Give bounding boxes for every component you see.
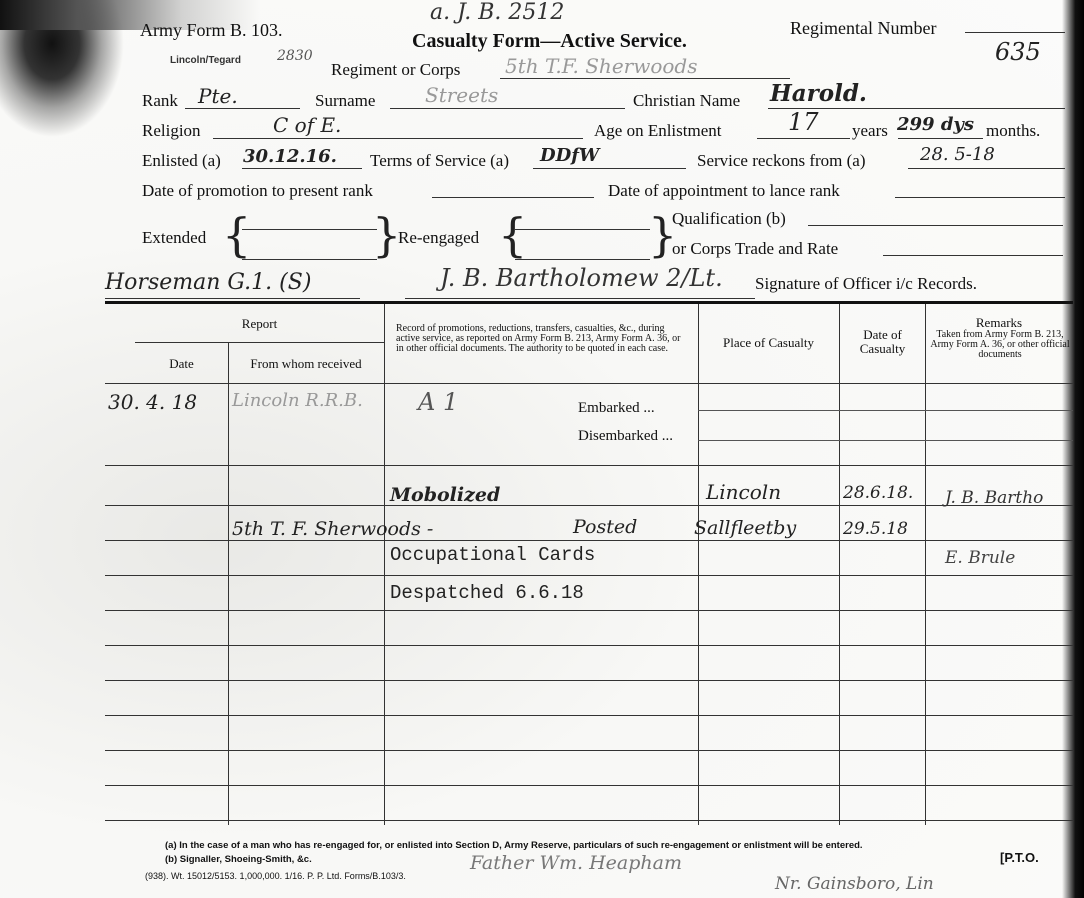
officer-signature: J. B. Bartholomew 2/Lt. [440,264,723,292]
surname-value: Streets [425,83,498,107]
extended-label: Extended [142,228,206,248]
row-remarks: J. B. Bartho [945,488,1043,508]
corps-trade-label: or Corps Trade and Rate [672,239,838,259]
from-whom-header: From whom received [228,356,384,372]
rank-value: Pte. [198,84,238,108]
report-header: Report [135,316,384,332]
signature-label: Signature of Officer i/c Records. [755,274,977,294]
date-header: Date [135,356,228,372]
row-record: Mobolized [390,484,500,506]
row-from: 5th T. F. Sherwoods - [232,518,433,540]
service-reckons-value: 28. 5-18 [920,144,995,165]
brace-close: } [372,212,401,258]
row-place: Sallfleetby [694,517,796,539]
next-of-kin-line1: Father Wm. Heapham [470,852,682,874]
place-of-casualty-header: Place of Casualty [698,335,839,351]
form-title: Casualty Form—Active Service. [412,30,687,53]
scan-edge [1062,0,1084,898]
remarks-subheader: Taken from Army Form B. 213, Army Form A… [930,330,1070,360]
terms-of-service-label: Terms of Service (a) [370,151,509,171]
regimental-number-value: 635 [995,38,1041,66]
enlisted-label: Enlisted (a) [142,151,221,171]
terms-of-service-value: DDfW [540,145,599,166]
age-months-value: 299 dys [897,114,974,135]
date-of-casualty-header: Date of Casualty [845,328,920,356]
promotion-date-label: Date of promotion to present rank [142,181,373,201]
casualty-form-document: Army Form B. 103. a. J. B. 2512 Casualty… [0,0,1084,898]
row-casualty-date: 29.5.18 [843,519,908,539]
row-from: Lincoln R.R.B. [232,390,363,411]
surname-label: Surname [315,91,375,111]
row-remarks: E. Brule [945,548,1015,568]
record-office-stamp: Lincoln/Tegard [170,55,241,66]
row-casualty-date: 28.6.18. [843,483,913,503]
disembarked-label: Disembarked ... [578,428,673,445]
row-place: Lincoln [706,480,781,504]
qualification-label: Qualification (b) [672,209,786,229]
row-record: Despatched 6.6.18 [390,582,584,604]
age-on-enlistment-label: Age on Enlistment [594,121,721,141]
regimental-number-label: Regimental Number [790,18,936,39]
row-record: Posted [573,516,637,538]
christian-name-label: Christian Name [633,91,740,111]
footnote-a: (a) In the case of a man who has re-enga… [165,840,863,851]
print-info: (938). Wt. 15012/5153. 1,000,000. 1/16. … [145,871,406,881]
age-years-label: years [852,121,888,141]
stamp-number: 2830 [277,48,313,64]
christian-name-value: Harold. [770,80,867,107]
row-record: A 1 [418,388,458,416]
lance-rank-date-label: Date of appointment to lance rank [608,181,840,201]
brace-open: { [498,212,527,258]
religion-value: C of E. [273,113,341,137]
row-date: 30. 4. 18 [108,390,197,414]
next-of-kin-line2: Nr. Gainsboro, Lin [775,874,934,894]
please-turn-over: [P.T.O. [1000,850,1039,865]
form-number: Army Form B. 103. [140,20,283,41]
regiment-label: Regiment or Corps [331,60,460,80]
regiment-value: 5th T.F. Sherwoods [505,54,697,78]
footnote-b: (b) Signaller, Shoeing-Smith, &c. [165,854,312,865]
reengaged-label: Re-engaged [398,228,479,248]
age-years-value: 17 [788,108,819,136]
enlisted-value: 30.12.16. [243,146,337,167]
religion-label: Religion [142,121,201,141]
record-header: Record of promotions, reductions, transf… [396,324,686,354]
rank-label: Rank [142,91,178,111]
handwritten-address: Horseman G.1. (S) [105,270,311,295]
brace-open: { [222,212,251,258]
age-months-label: months. [986,121,1040,141]
row-record: Occupational Cards [390,544,595,566]
handwritten-reference: a. J. B. 2512 [430,0,564,25]
service-reckons-label: Service reckons from (a) [697,151,866,171]
embarked-label: Embarked ... [578,400,655,417]
